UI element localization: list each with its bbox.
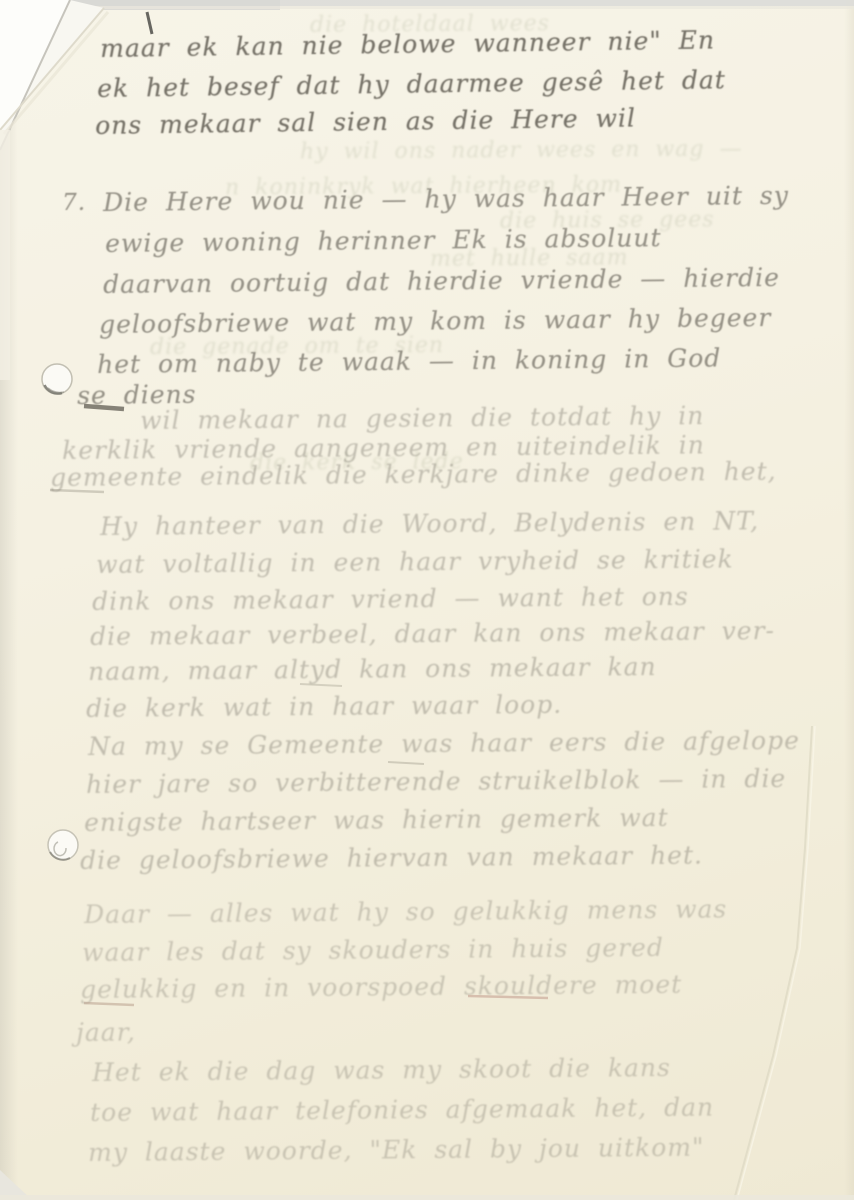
folded-corner [0,0,108,380]
punch-hole-top [42,364,72,394]
pencil-underline [50,406,548,1005]
scanner-bed-strip [0,0,854,10]
ink-tick-mark [147,12,152,34]
scanned-page: die hoteldaal wees hy wil ons nader wees… [0,0,854,1200]
punch-hole-bottom [48,830,78,860]
bottom-edge-shadow [0,1170,854,1200]
crease-line [734,726,815,1200]
scan-artifacts-layer [0,0,854,1200]
